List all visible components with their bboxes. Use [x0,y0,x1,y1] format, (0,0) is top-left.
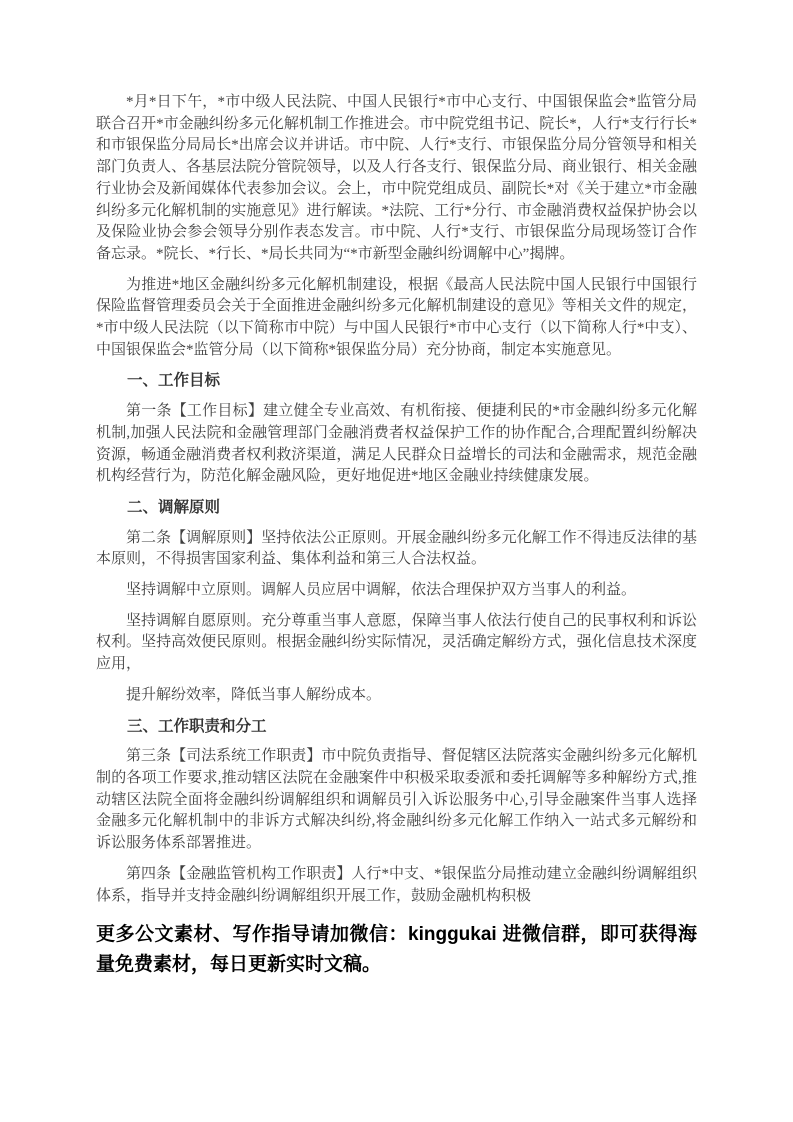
para-article-3-judicial-duties: 第三条【司法系统工作职责】市中院负责指导、督促辖区法院落实金融纠纷多元化解机制的… [96,746,697,855]
para-policy-basis: 为推进*地区金融纠纷多元化解机制建设，根据《最高人民法院中国人民银行中国银行保险… [96,275,697,362]
para-neutrality-principle: 坚持调解中立原则。调解人员应居中调解，依法合理保护双方当事人的利益。 [96,580,697,602]
document-page: *月*日下午，*市中级人民法院、中国人民银行*市中心支行、中国银保监会*监管分局… [0,0,793,1122]
heading-duties-division: 三、工作职责和分工 [96,716,697,738]
para-article-4-regulator-duties: 第四条【金融监管机构工作职责】人行*中支、*银保监分局推动建立金融纠纷调解组织体… [96,864,697,907]
para-meeting-report: *月*日下午，*市中级人民法院、中国人民银行*市中心支行、中国银保监会*监管分局… [96,92,697,266]
para-article-2-principles: 第二条【调解原则】坚持依法公正原则。开展金融纠纷多元化解工作不得违反法律的基本原… [96,528,697,571]
para-article-1-work-goals: 第一条【工作目标】建立健全专业高效、有机衔接、便捷利民的*市金融纠纷多元化解机制… [96,401,697,488]
heading-work-goals: 一、工作目标 [96,370,697,392]
para-voluntary-principle: 坚持调解自愿原则。充分尊重当事人意愿，保障当事人依法行使自己的民事权利和诉讼权利… [96,611,697,676]
heading-mediation-principles: 二、调解原则 [96,497,697,519]
footer-promo-text: 更多公文素材、写作指导请加微信：kinggukai 进微信群，即可获得海量免费素… [96,920,697,979]
para-efficiency-note: 提升解纷效率，降低当事人解纷成本。 [96,685,697,707]
